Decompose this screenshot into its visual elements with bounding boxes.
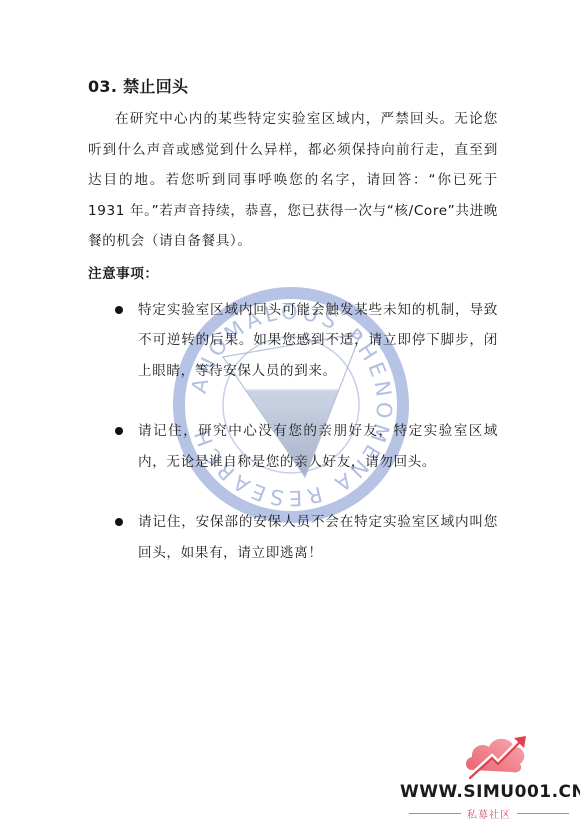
document-content: 03. 禁止回头 在研究中心内的某些特定实验室区域内，严禁回头。无论您听到什么声… xyxy=(88,76,498,568)
logo-url-text: WWW.SIMU001.CN xyxy=(400,782,578,802)
notes-title: 注意事项： xyxy=(88,263,498,285)
bullet-dot-icon xyxy=(115,306,123,314)
bullet-dot-icon xyxy=(115,427,123,435)
document-page: ANOMALOUS PHENOMENA RESEARCH CENTER 03. … xyxy=(0,0,580,820)
note-text: 特定实验室区域内回头可能会触发某些未知的机制，导致不可逆转的后果。如果您感到不适… xyxy=(138,302,498,379)
note-item: 请记住，安保部的安保人员不会在特定实验室区域内叫您回头，如果有，请立即逃离！ xyxy=(88,507,498,568)
divider-line xyxy=(517,813,569,814)
bullet-dot-icon xyxy=(115,518,123,526)
notes-list: 特定实验室区域内回头可能会触发某些未知的机制，导致不可逆转的后果。如果您感到不适… xyxy=(88,295,498,569)
divider-line xyxy=(409,813,461,814)
note-item: 请记住，研究中心没有您的亲朋好友，特定实验室区域内，无论是谁自称是您的亲人好友，… xyxy=(88,416,498,477)
simu-logo: WWW.SIMU001.CN 私募社区 xyxy=(400,732,578,818)
note-text: 请记住，研究中心没有您的亲朋好友，特定实验室区域内，无论是谁自称是您的亲人好友，… xyxy=(138,423,498,470)
intro-paragraph: 在研究中心内的某些特定实验室区域内，严禁回头。无论您听到什么声音或感觉到什么异样… xyxy=(88,104,498,257)
section-heading: 03. 禁止回头 xyxy=(88,76,498,98)
logo-subtitle-text: 私募社区 xyxy=(467,806,511,820)
logo-subtitle: 私募社区 xyxy=(400,806,578,820)
cloud-arrow-icon xyxy=(462,732,530,780)
note-item: 特定实验室区域内回头可能会触发某些未知的机制，导致不可逆转的后果。如果您感到不适… xyxy=(88,295,498,387)
note-text: 请记住，安保部的安保人员不会在特定实验室区域内叫您回头，如果有，请立即逃离！ xyxy=(138,514,498,561)
